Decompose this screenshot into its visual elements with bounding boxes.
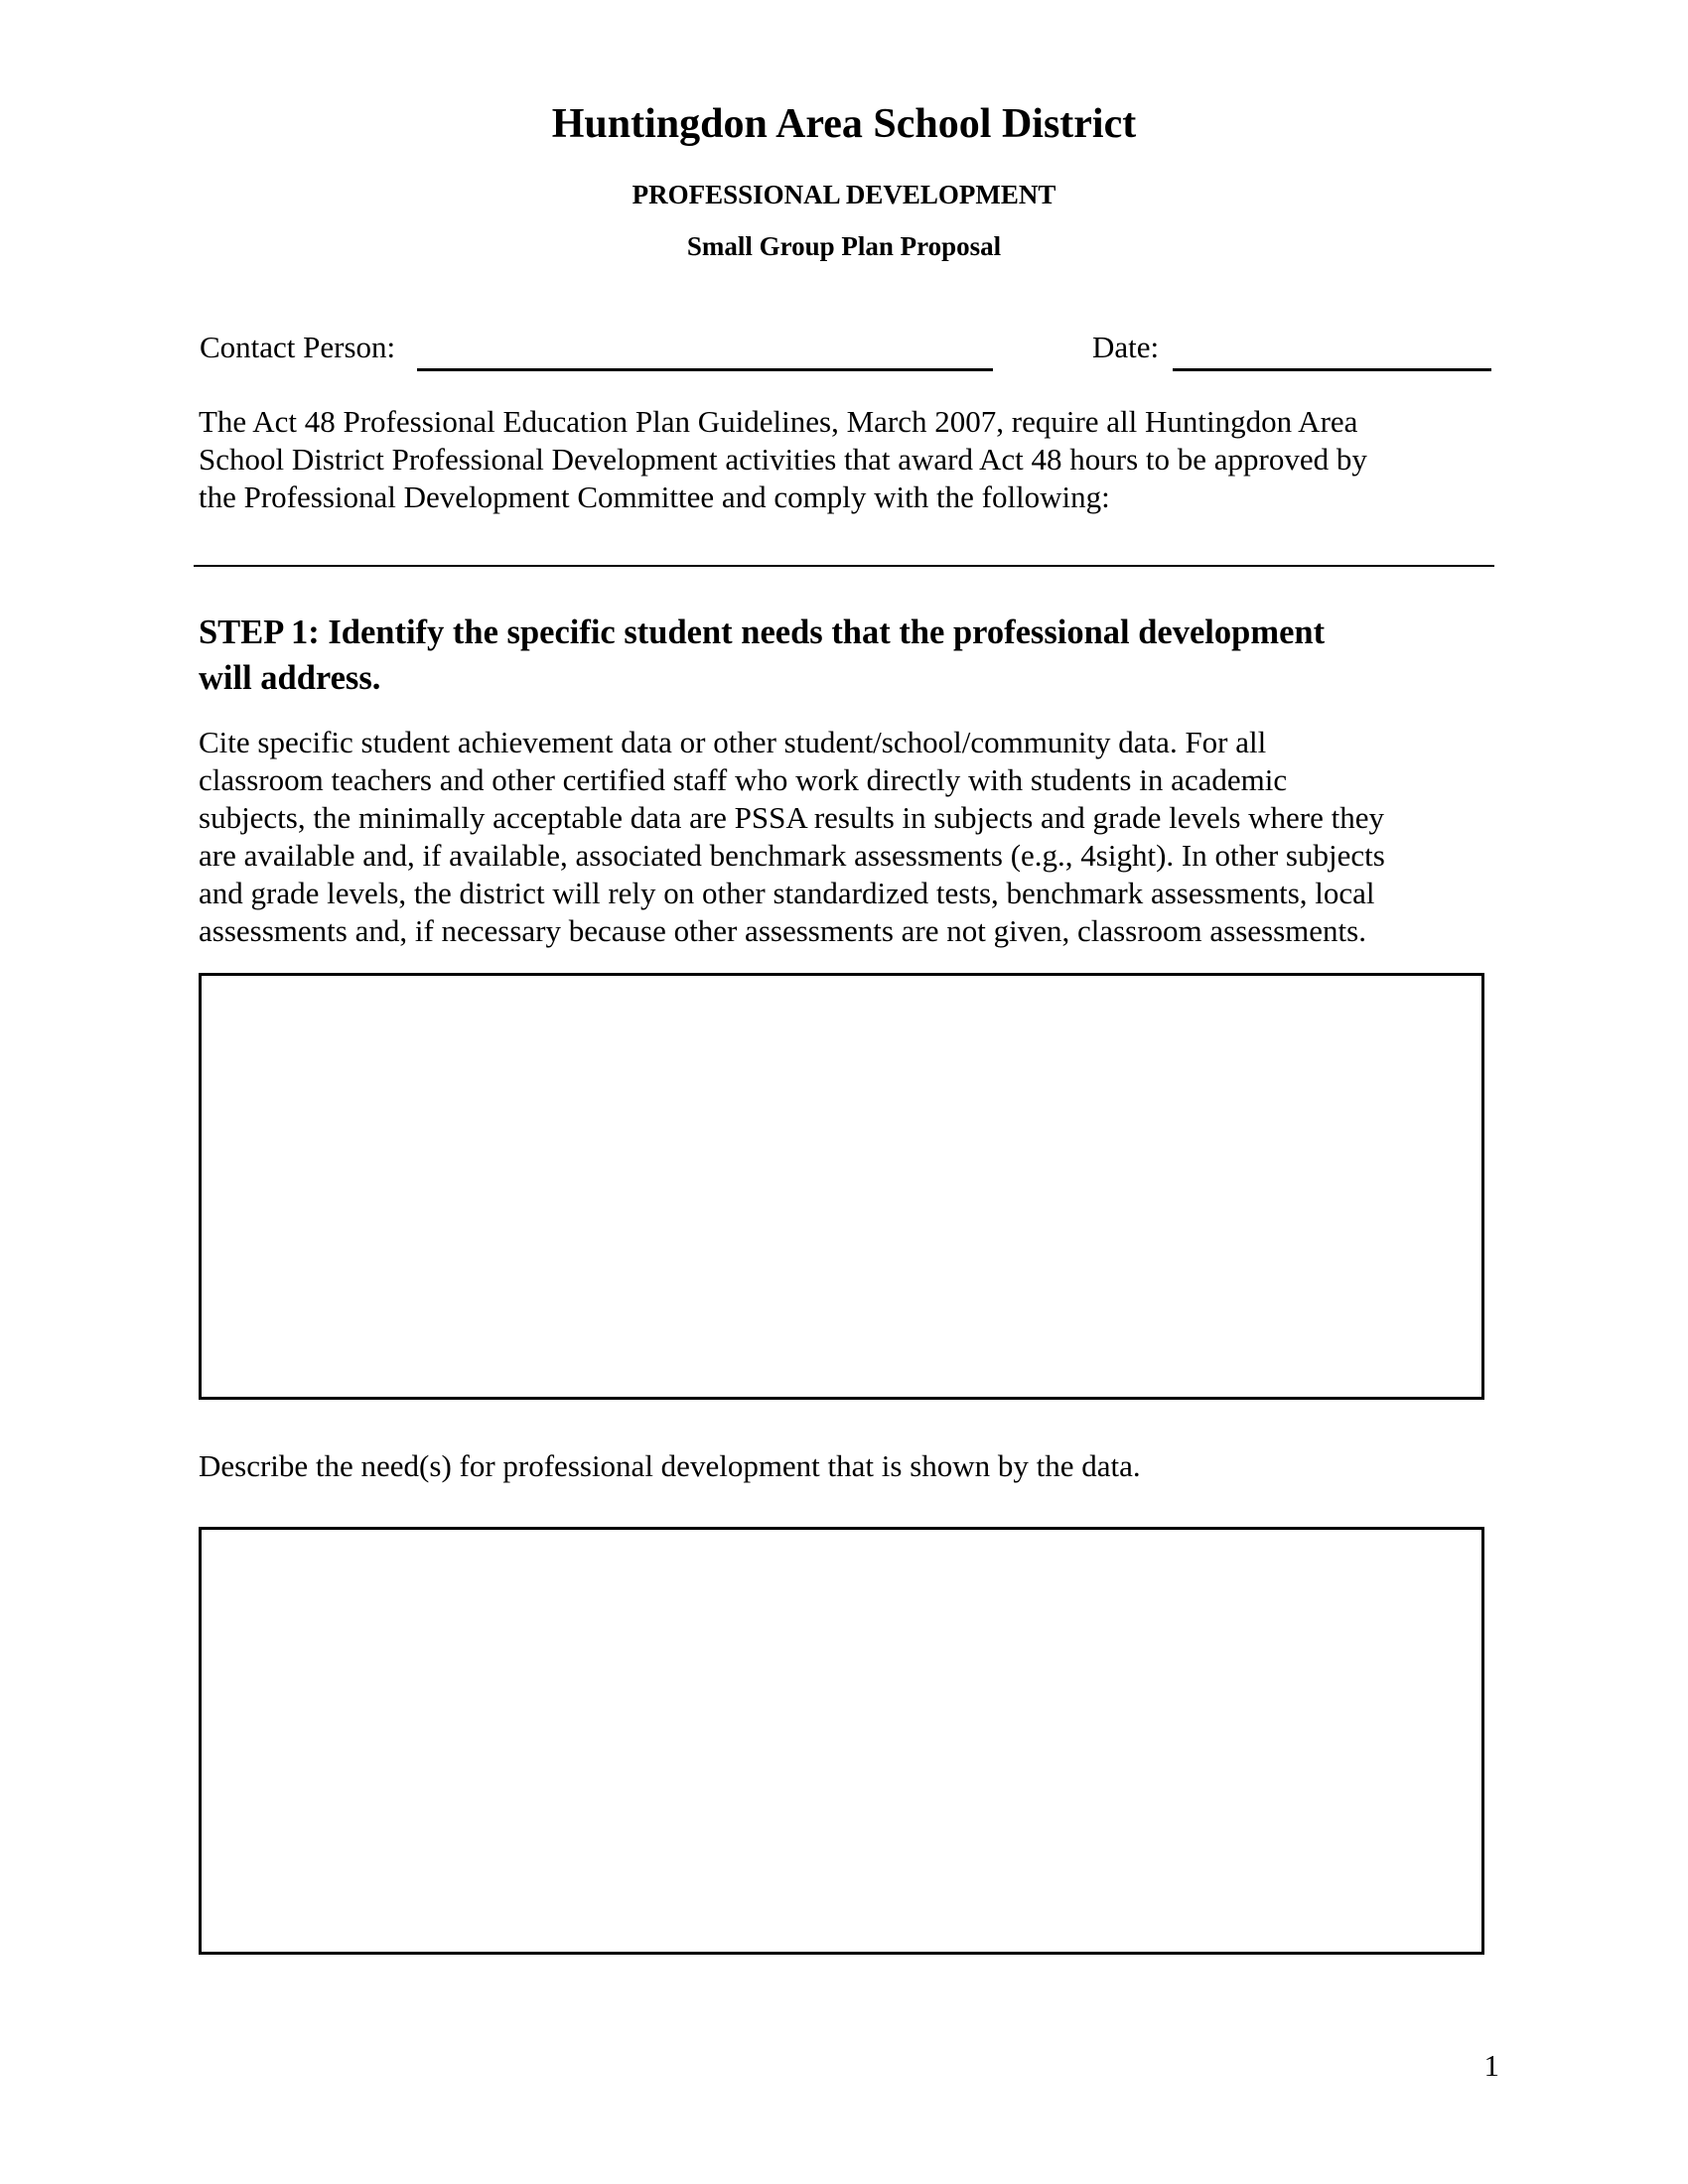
intro-line: School District Professional Development… bbox=[199, 441, 1499, 478]
date-label: Date: bbox=[1092, 330, 1159, 365]
intro-line: The Act 48 Professional Education Plan G… bbox=[199, 403, 1499, 441]
instruction-line: are available and, if available, associa… bbox=[199, 837, 1499, 875]
instruction-line: and grade levels, the district will rely… bbox=[199, 875, 1499, 912]
instruction-line: subjects, the minimally acceptable data … bbox=[199, 799, 1499, 837]
instruction-line: Cite specific student achievement data o… bbox=[199, 724, 1499, 761]
form-name: Small Group Plan Proposal bbox=[0, 230, 1688, 262]
contact-person-field[interactable] bbox=[417, 368, 993, 371]
document-subtitle: PROFESSIONAL DEVELOPMENT bbox=[0, 179, 1688, 210]
step1-heading: STEP 1: Identify the specific student ne… bbox=[199, 610, 1499, 701]
step1-heading-line: will address. bbox=[199, 655, 1499, 701]
intro-line: the Professional Development Committee a… bbox=[199, 478, 1499, 516]
page-number: 1 bbox=[1460, 2048, 1499, 2084]
describe-need-prompt: Describe the need(s) for professional de… bbox=[199, 1447, 1499, 1485]
student-data-answer-box[interactable] bbox=[199, 973, 1484, 1400]
step1-heading-line: STEP 1: Identify the specific student ne… bbox=[199, 610, 1499, 655]
describe-need-text: Describe the need(s) for professional de… bbox=[199, 1447, 1499, 1485]
contact-person-label: Contact Person: bbox=[200, 330, 395, 365]
intro-paragraph: The Act 48 Professional Education Plan G… bbox=[199, 403, 1499, 516]
date-field[interactable] bbox=[1173, 368, 1491, 371]
document-title: Huntingdon Area School District bbox=[0, 100, 1688, 148]
step1-instructions: Cite specific student achievement data o… bbox=[199, 724, 1499, 950]
instruction-line: classroom teachers and other certified s… bbox=[199, 761, 1499, 799]
instruction-line: assessments and, if necessary because ot… bbox=[199, 912, 1499, 950]
section-divider bbox=[194, 565, 1494, 567]
need-description-answer-box[interactable] bbox=[199, 1527, 1484, 1955]
